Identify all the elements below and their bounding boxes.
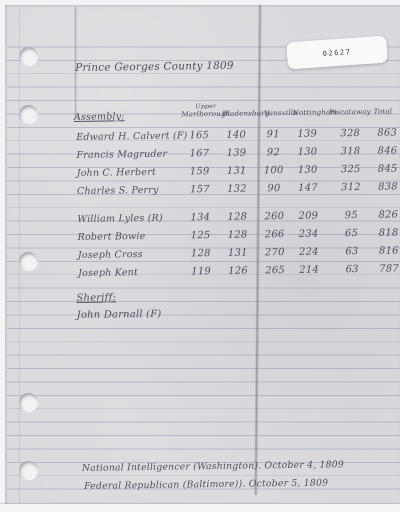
- table-row: Robert Bowie12512826623465818: [5, 227, 400, 247]
- vote-count-cell: 818: [367, 227, 400, 239]
- table-row: John C. Herbert159131100130325845: [4, 163, 400, 183]
- column-header-top-word: Upper: [195, 103, 216, 110]
- candidate-name: Joseph Cross: [78, 249, 143, 261]
- table-row: William Lyles (R)13412826020995826: [4, 209, 400, 229]
- candidate-name: Francis Magruder: [76, 149, 167, 161]
- notebook-paper: 02627 Prince Georges County 1809 Assembl…: [5, 5, 400, 504]
- table-row: Francis Magruder16713992130318846: [3, 145, 400, 165]
- column-header: Total: [374, 108, 393, 116]
- citation-line: Federal Republican (Baltimore)). October…: [84, 477, 328, 491]
- assembly-section-label: Assembly:: [74, 111, 125, 123]
- vote-count-cell: 838: [366, 181, 400, 193]
- vote-count-cell: 846: [365, 145, 400, 157]
- citation-line: National Intelligencer (Washington). Oct…: [82, 459, 344, 474]
- vote-count-cell: 845: [366, 163, 400, 175]
- column-header: Bladensburg: [222, 109, 269, 118]
- vote-count-cell: 130: [285, 146, 329, 158]
- column-header-label: Piscataway: [329, 108, 371, 117]
- vote-count-cell: 214: [287, 264, 331, 276]
- column-header-label: Total: [374, 108, 393, 116]
- vote-count-cell: 826: [366, 209, 400, 221]
- table-row: Joseph Cross12813127022463816: [5, 245, 400, 265]
- vote-count-cell: 816: [367, 245, 400, 257]
- scan-edge: [0, 504, 400, 512]
- table-row: Edward H. Calvert (F)16514091139328863: [3, 127, 400, 147]
- sheriff-section-label: Sheriff:: [76, 292, 116, 304]
- vote-count-cell: 147: [286, 182, 330, 194]
- vote-count-cell: 234: [287, 228, 331, 240]
- vote-count-cell: 139: [285, 128, 329, 140]
- sheriff-name: John Darnall (F): [77, 309, 162, 321]
- candidate-name: Joseph Kent: [78, 267, 138, 279]
- column-header-label: Bladensburg: [222, 109, 269, 118]
- candidate-name: Charles S. Perry: [77, 185, 159, 197]
- vote-count-cell: 863: [365, 127, 400, 139]
- table-row: Charles S. Perry15713290147312838: [4, 181, 400, 201]
- page-title: Prince Georges County 1809: [75, 60, 234, 74]
- column-header: Piscataway: [329, 108, 371, 117]
- vote-count-cell: 209: [286, 210, 330, 222]
- candidate-name: William Lyles (R): [77, 213, 163, 225]
- vote-count-cell: 224: [287, 246, 331, 258]
- vote-count-cell: 787: [367, 263, 400, 275]
- candidate-name: Edward H. Calvert (F): [76, 130, 187, 143]
- handwritten-content: Prince Georges County 1809 Assembly: Upp…: [1, 0, 400, 512]
- scan-edge: [0, 0, 5, 512]
- candidate-name: John C. Herbert: [77, 167, 156, 179]
- scan-edge: [0, 0, 400, 5]
- vote-count-cell: 130: [286, 164, 330, 176]
- table-row: Joseph Kent11912626521463787: [5, 263, 400, 283]
- scanned-page: 02627 Prince Georges County 1809 Assembl…: [0, 0, 400, 512]
- candidate-name: Robert Bowie: [78, 231, 146, 243]
